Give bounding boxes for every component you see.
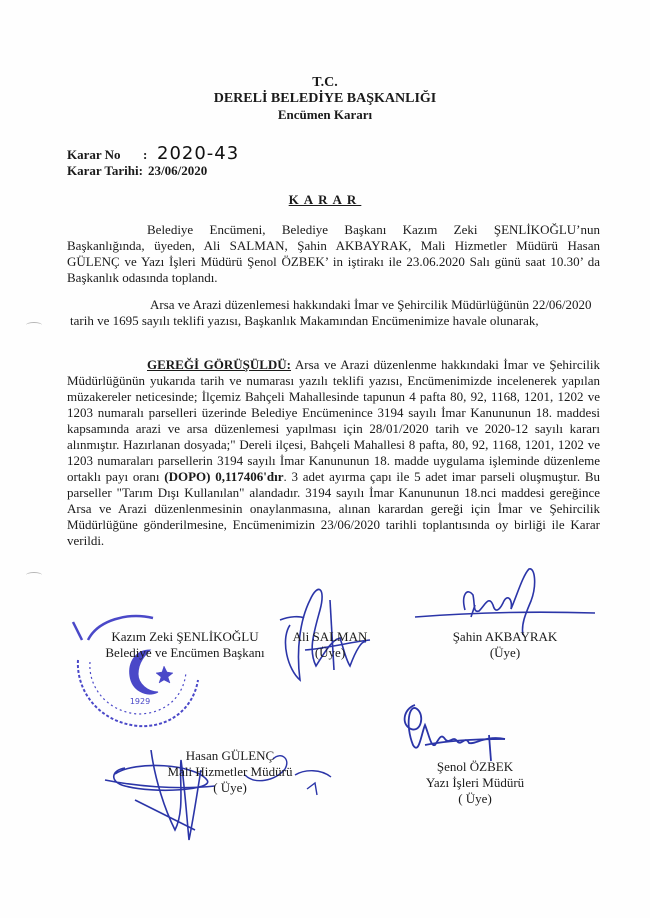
decision-no-label: Karar No <box>67 147 143 163</box>
signatory-name: Hasan GÜLENÇ <box>150 748 310 764</box>
paragraph-referral: Arsa ve Arazi düzenlemesi hakkındaki İma… <box>70 297 600 329</box>
decision-date-label: Karar Tarihi: <box>67 163 143 179</box>
paragraph-decision: GEREĞİ GÖRÜŞÜLDÜ: Arsa ve Arazi düzenlen… <box>67 357 600 549</box>
decision-date-row: Karar Tarihi: 23/06/2020 <box>67 163 239 179</box>
scan-margin-mark <box>26 322 42 328</box>
referral-line-2: tarih ve 1695 sayılı teklifi yazısı, Baş… <box>70 313 539 328</box>
header-institution: DERELİ BELEDİYE BAŞKANLIĞI <box>0 91 650 107</box>
decision-text-1: Arsa ve Arazi düzenlenme hakkındaki İmar… <box>67 357 600 484</box>
signatory-note: (Üye) <box>290 645 370 661</box>
decision-no-row: Karar No : 2020-43 <box>67 146 239 163</box>
document-title: KARAR <box>0 192 650 208</box>
header-tc: T.C. <box>0 75 650 91</box>
decision-lead: GEREĞİ GÖRÜŞÜLDÜ: <box>147 357 291 372</box>
signatory-note: ( Üye) <box>150 780 310 796</box>
signatory-name: Ali SALMAN <box>290 629 370 645</box>
signatory-mayor: Kazım Zeki ŞENLİKOĞLU Belediye ve Encüme… <box>85 629 285 661</box>
signatory-role: Belediye ve Encümen Başkanı <box>85 645 285 661</box>
decision-no-colon: : <box>143 147 157 163</box>
signatory-role: Yazı İşleri Müdürü <box>395 775 555 791</box>
signatory-name: Şenol ÖZBEK <box>395 759 555 775</box>
signatory-clerk-director: Şenol ÖZBEK Yazı İşleri Müdürü ( Üye) <box>395 759 555 807</box>
document-page: T.C. DERELİ BELEDİYE BAŞKANLIĞI Encümen … <box>0 0 650 918</box>
signatory-note: ( Üye) <box>395 791 555 807</box>
paragraph-attendance: Belediye Encümeni, Belediye Başkanı Kazı… <box>67 222 600 286</box>
decision-dopo: (DOPO) 0,117406'dır <box>164 469 283 484</box>
signatory-member-sahin: Şahin AKBAYRAK (Üye) <box>430 629 580 661</box>
document-header: T.C. DERELİ BELEDİYE BAŞKANLIĞI Encümen … <box>0 75 650 123</box>
signatory-role: Mali Hizmetler Müdürü <box>150 764 310 780</box>
decision-date-value: 23/06/2020 <box>148 163 207 179</box>
municipality-stamp-icon: 1929 <box>68 600 208 735</box>
decision-no-value: 2020-43 <box>157 146 239 162</box>
signatory-name: Şahin AKBAYRAK <box>430 629 580 645</box>
signatory-note: (Üye) <box>430 645 580 661</box>
signatory-finance-director: Hasan GÜLENÇ Mali Hizmetler Müdürü ( Üye… <box>150 748 310 796</box>
signature-senol-ozbek-icon <box>395 695 525 765</box>
decision-meta: Karar No : 2020-43 Karar Tarihi: 23/06/2… <box>67 146 239 179</box>
svg-text:1929: 1929 <box>130 697 150 706</box>
signatory-member-ali: Ali SALMAN (Üye) <box>290 629 370 661</box>
referral-line-1: Arsa ve Arazi düzenlemesi hakkındaki İma… <box>70 297 600 313</box>
header-doc-type: Encümen Kararı <box>0 107 650 123</box>
scan-margin-mark <box>26 572 42 578</box>
signatory-name: Kazım Zeki ŞENLİKOĞLU <box>85 629 285 645</box>
